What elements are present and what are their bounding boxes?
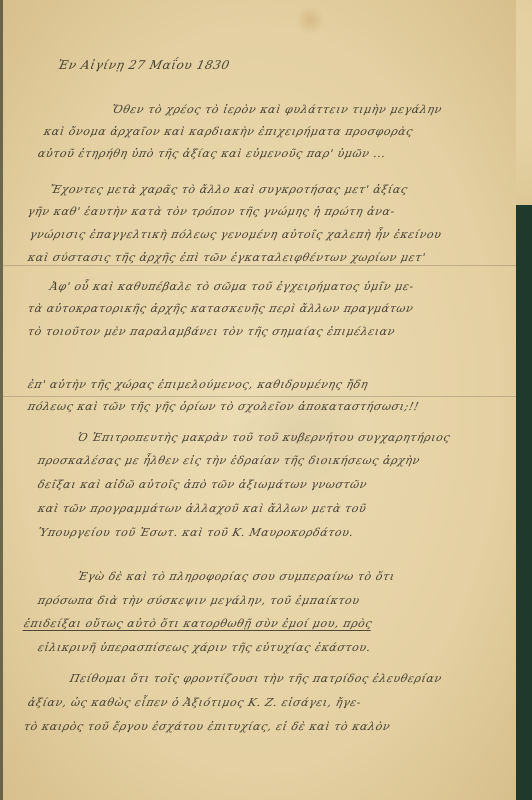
text-line: Ὅθεν τὸ χρέος τὸ ἱερὸν καὶ φυλάττειν τιμ… (111, 103, 444, 116)
date-line: Ἐν Αἰγίνῃ 27 Μαΐου 1830 (57, 58, 232, 72)
text-line: τὸ τοιοῦτον μὲν παραλαμβάνει τὸν τῆς σημ… (27, 325, 397, 338)
text-line: γνώρισις ἐπαγγελτικὴ πόλεως γενομένη αὐτ… (29, 228, 443, 241)
paper-fold-line (0, 265, 516, 266)
text-line: δεῖξαι καὶ αἰδῶ αὐτοῖς ἀπὸ τῶν ἀξιωμάτων… (37, 478, 369, 491)
text-line: πρόσωπα διὰ τὴν σύσκεψιν μεγάλην, τοῦ ἐμ… (37, 594, 361, 607)
text-line: Ἐγὼ δὲ καὶ τὸ πληροφορίας σου συμπεραίνω… (77, 570, 397, 583)
page-left-edge (0, 0, 3, 800)
text-line: τὸ καιρὸς τοῦ ἔργου ἐσχάτου ἐπιτυχίας, ε… (23, 720, 392, 733)
text-line: Πείθομαι ὅτι τοῖς φροντίζουσι τὴν τῆς πα… (69, 672, 444, 685)
text-line: ἐπιδείξαι οὕτως αὐτὸ ὅτι κατορθωθῇ σὺν ἐ… (23, 617, 374, 631)
text-line: αὐτοῦ ἐτηρήθη ὑπὸ τῆς ἀξίας καὶ εὐμενοῦς… (37, 147, 388, 160)
text-line: καὶ ὄνομα ἀρχαῖον καὶ καρδιακὴν ἐπιχειρή… (43, 125, 415, 138)
manuscript-page: Ἐν Αἰγίνῃ 27 Μαΐου 1830 Ὅθεν τὸ χρέος τὸ… (0, 0, 516, 800)
text-line: Ὑπουργείου τοῦ Ἐσωτ. καὶ τοῦ Κ. Μαυροκορ… (37, 526, 355, 539)
text-line: καὶ σύστασις τῆς ἀρχῆς ἐπὶ τῶν ἐγκαταλει… (27, 251, 427, 264)
text-line: καὶ τῶν προγραμμάτων ἀλλαχοῦ καὶ ἄλλων μ… (37, 502, 368, 515)
text-line: ἐπ' αὐτὴν τῆς χώρας ἐπιμελούμενος, καθιδ… (27, 378, 370, 391)
text-line: τὰ αὐτοκρατορικῆς ἀρχῆς κατασκευῆς περὶ … (27, 302, 415, 315)
text-line: γῆν καθ' ἑαυτὴν κατὰ τὸν τρόπον τῆς γνώμ… (27, 205, 397, 218)
text-line: Ἀφ' οὗ καὶ καθυπέβαλε τὸ σῶμα τοῦ ἐγχειρ… (49, 280, 416, 293)
text-line: Ἔχοντες μετὰ χαρᾶς τὸ ἄλλο καὶ συγκροτήσ… (49, 183, 410, 196)
text-line: ἀξίαν, ὡς καθὼς εἶπεν ὁ Ἀξιότιμος Κ. Ζ. … (27, 696, 363, 709)
text-line: προσκαλέσας με ἦλθεν εἰς τὴν ἑδραίαν τῆς… (37, 454, 422, 467)
text-line: πόλεως καὶ τῶν τῆς γῆς ὁρίων τὸ σχολεῖον… (27, 400, 421, 413)
text-line: Ὁ Ἐπιτροπευτὴς μακρὰν τοῦ τοῦ κυβερνήτου… (77, 431, 452, 444)
text-line: εἰλικρινῆ ὑπερασπίσεως χάριν τῆς εὐτυχία… (37, 641, 373, 654)
paper-fold-line (0, 396, 516, 397)
